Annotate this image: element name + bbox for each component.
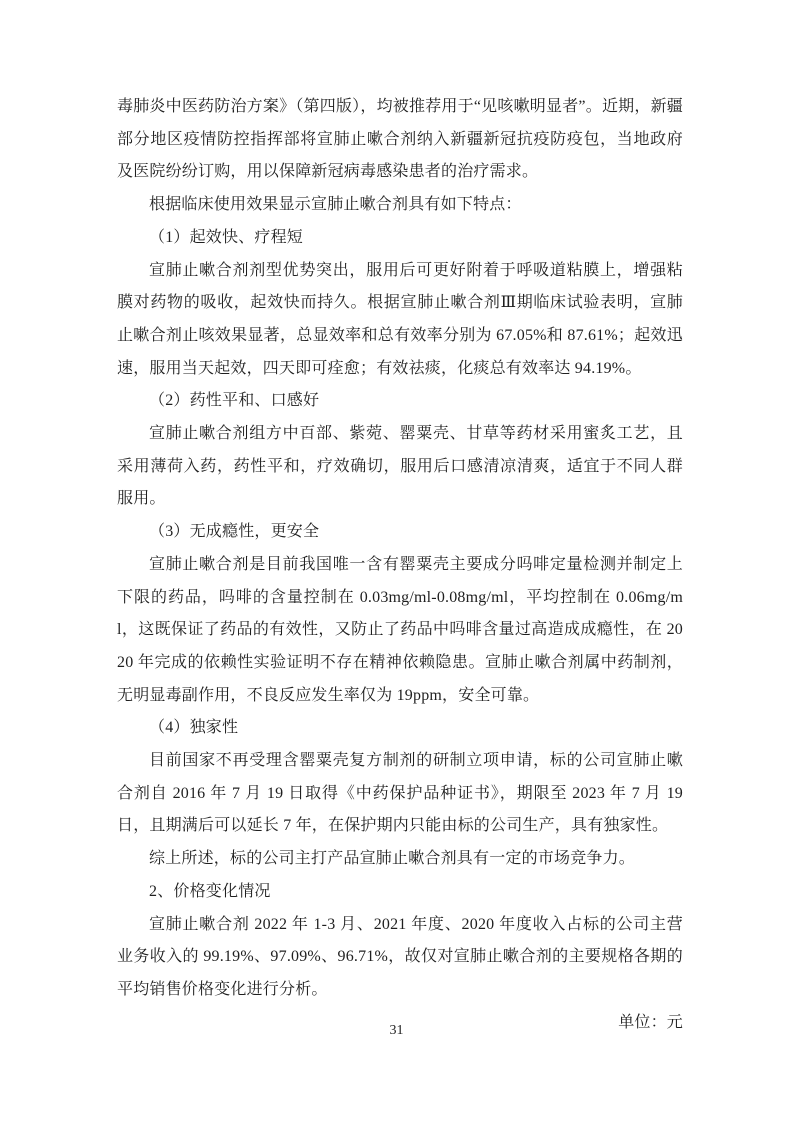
features-intro-line: 根据临床使用效果显示宣肺止嗽合剂具有如下特点： [117,189,683,222]
page-body: 毒肺炎中医药防治方案》（第四版），均被推荐用于“见咳嗽明显者”。近期，新疆部分地… [117,91,683,1039]
section-heading-price-change: 2、价格变化情况 [117,876,683,909]
feature-detail-3: 宣肺止嗽合剂是目前我国唯一含有罂粟壳主要成分吗啡定量检测并制定上下限的药品，吗啡… [117,549,683,713]
feature-heading-4: （4）独家性 [117,712,683,745]
feature-detail-1: 宣肺止嗽合剂剂型优势突出，服用后可更好附着于呼吸道粘膜上，增强粘膜对药物的吸收，… [117,255,683,386]
document-page: 毒肺炎中医药防治方案》（第四版），均被推荐用于“见咳嗽明显者”。近期，新疆部分地… [0,0,793,1122]
feature-heading-3: （3）无成瘾性，更安全 [117,516,683,549]
feature-detail-2: 宣肺止嗽合剂组方中百部、紫菀、罂粟壳、甘草等药材采用蜜炙工艺，且采用薄荷入药，药… [117,418,683,516]
feature-heading-1: （1）起效快、疗程短 [117,222,683,255]
feature-heading-2: （2）药性平和、口感好 [117,385,683,418]
price-change-intro: 宣肺止嗽合剂 2022 年 1-3 月、2021 年度、2020 年度收入占标的… [117,909,683,1007]
summary-line: 综上所述，标的公司主打产品宣肺止嗽合剂具有一定的市场竞争力。 [117,843,683,876]
feature-detail-4: 目前国家不再受理含罂粟壳复方制剂的研制立项申请，标的公司宣肺止嗽合剂自 2016… [117,745,683,843]
paragraph-continuation: 毒肺炎中医药防治方案》（第四版），均被推荐用于“见咳嗽明显者”。近期，新疆部分地… [117,91,683,189]
page-number: 31 [0,1022,793,1040]
